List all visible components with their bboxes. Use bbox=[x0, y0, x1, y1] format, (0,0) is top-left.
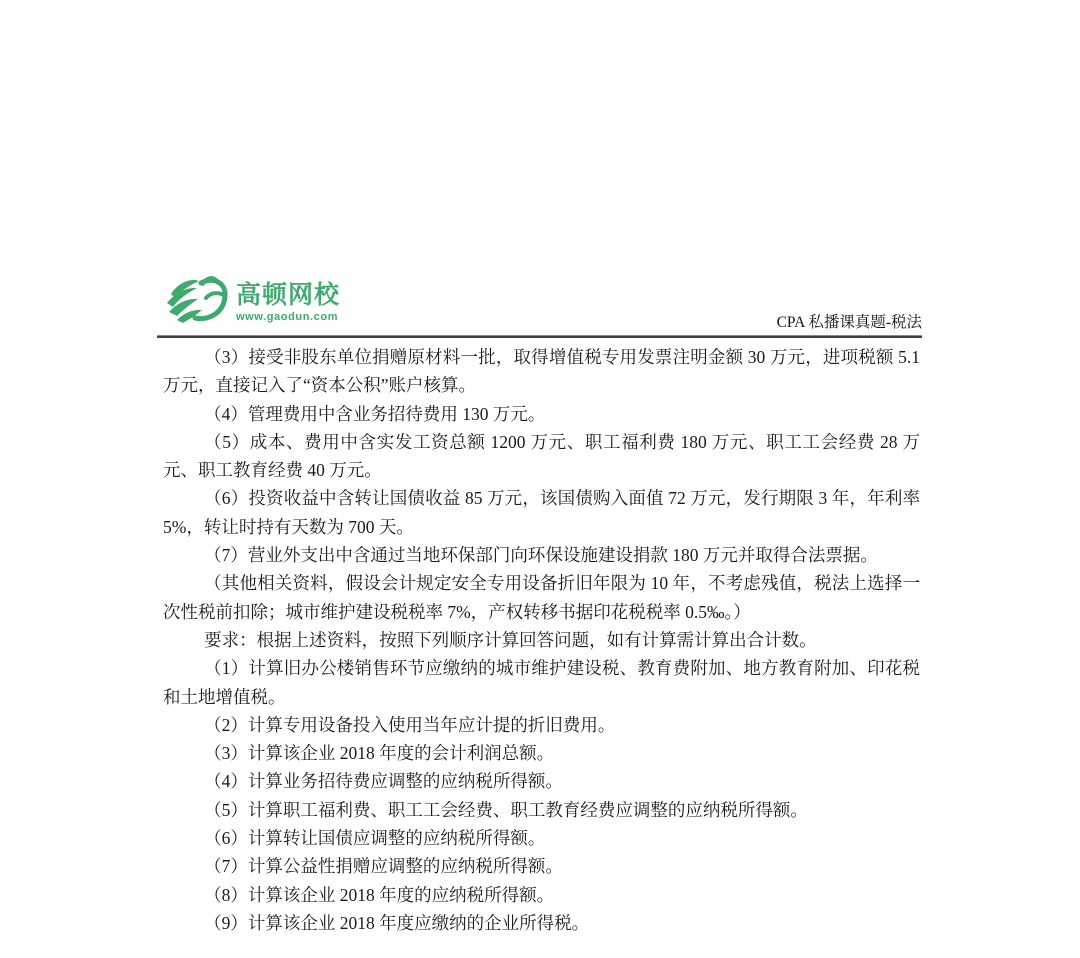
paragraph-fact-5: （5）成本、费用中含实发工资总额 1200 万元、职工福利费 180 万元、职工… bbox=[163, 428, 920, 485]
logo-url: www.gaodun.com bbox=[236, 311, 340, 324]
page-header: 高顿网校 www.gaodun.com CPA 私播课真题-税法 bbox=[162, 274, 922, 334]
gaodun-bird-icon bbox=[164, 274, 232, 330]
paragraph-question-4: （4）计算业务招待费应调整的应纳税所得额。 bbox=[163, 767, 920, 795]
paragraph-question-2: （2）计算专用设备投入使用当年应计提的折旧费用。 bbox=[163, 711, 920, 739]
paragraph-fact-6: （6）投资收益中含转让国债收益 85 万元，该国债购入面值 72 万元，发行期限… bbox=[163, 484, 920, 541]
paragraph-question-9: （9）计算该企业 2018 年度应缴纳的企业所得税。 bbox=[163, 909, 920, 937]
paragraph-question-5: （5）计算职工福利费、职工工会经费、职工教育经费应调整的应纳税所得额。 bbox=[163, 796, 920, 824]
paragraph-question-1: （1）计算旧办公楼销售环节应缴纳的城市维护建设税、教育费附加、地方教育附加、印花… bbox=[163, 654, 920, 711]
header-divider bbox=[157, 335, 922, 338]
document-body: （3）接受非股东单位捐赠原材料一批，取得增值税专用发票注明金额 30 万元，进项… bbox=[163, 343, 920, 937]
paragraph-other-info: （其他相关资料，假设会计规定安全专用设备折旧年限为 10 年，不考虑残值，税法上… bbox=[163, 569, 920, 626]
paragraph-question-6: （6）计算转让国债应调整的应纳税所得额。 bbox=[163, 824, 920, 852]
paragraph-fact-4: （4）管理费用中含业务招待费用 130 万元。 bbox=[163, 400, 920, 428]
logo-text: 高顿网校 www.gaodun.com bbox=[236, 280, 340, 324]
paragraph-requirements: 要求：根据上述资料，按照下列顺序计算回答问题，如有计算需计算出合计数。 bbox=[163, 626, 920, 654]
paragraph-fact-3: （3）接受非股东单位捐赠原材料一批，取得增值税专用发票注明金额 30 万元，进项… bbox=[163, 343, 920, 400]
paragraph-question-8: （8）计算该企业 2018 年度的应纳税所得额。 bbox=[163, 881, 920, 909]
paragraph-question-7: （7）计算公益性捐赠应调整的应纳税所得额。 bbox=[163, 852, 920, 880]
gaodun-logo: 高顿网校 www.gaodun.com bbox=[164, 274, 340, 330]
paragraph-question-3: （3）计算该企业 2018 年度的会计利润总额。 bbox=[163, 739, 920, 767]
paragraph-fact-7: （7）营业外支出中含通过当地环保部门向环保设施建设捐款 180 万元并取得合法票… bbox=[163, 541, 920, 569]
logo-title: 高顿网校 bbox=[236, 280, 340, 310]
document-page: 高顿网校 www.gaodun.com CPA 私播课真题-税法 （3）接受非股… bbox=[0, 0, 1080, 958]
course-title: CPA 私播课真题-税法 bbox=[777, 310, 922, 332]
